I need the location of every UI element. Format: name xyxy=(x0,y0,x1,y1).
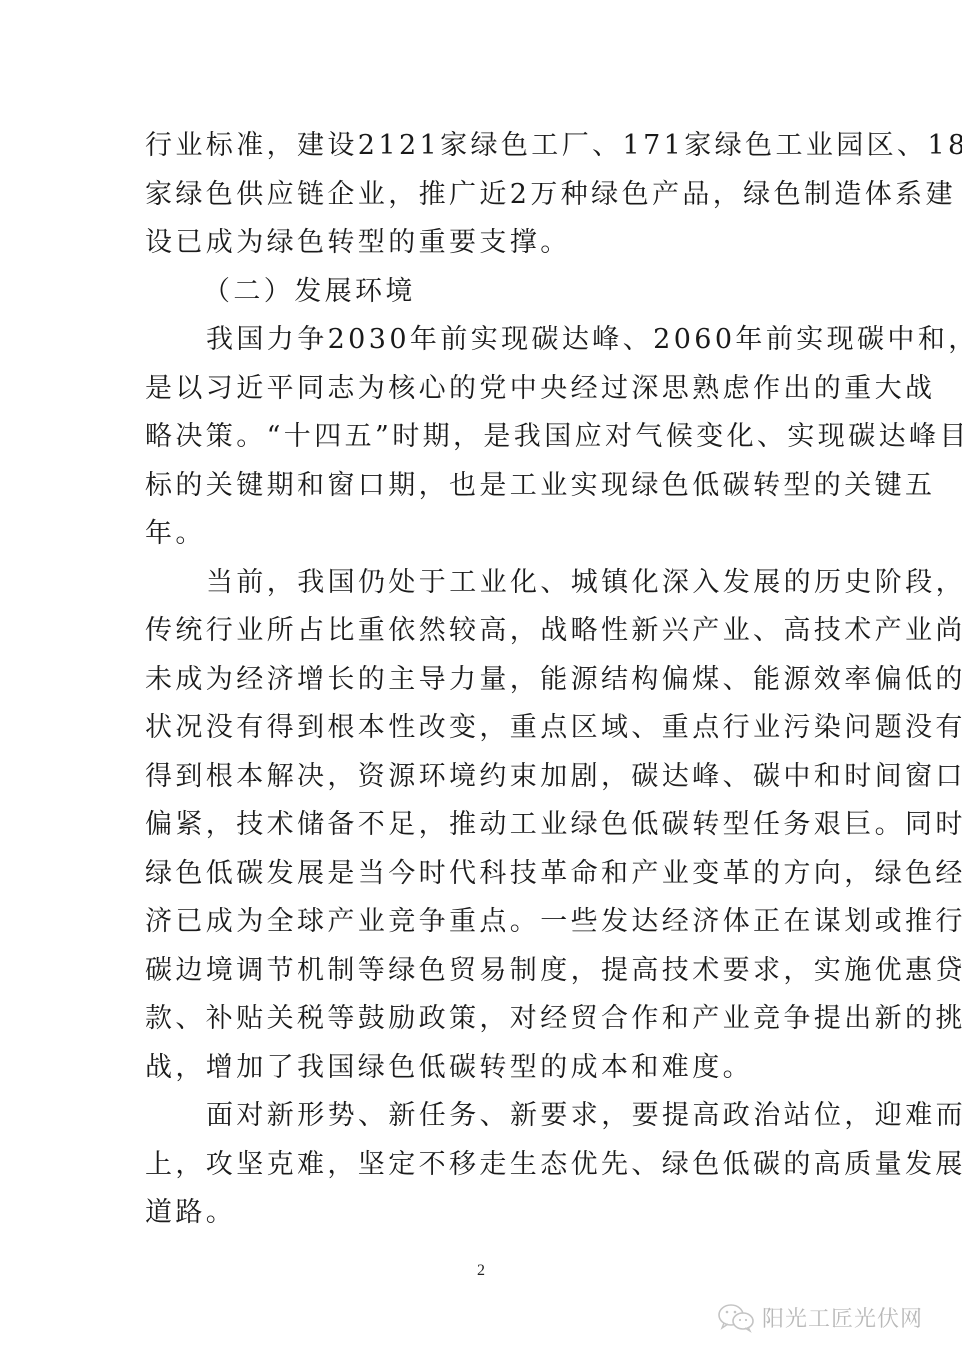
text-line: 碳边境调节机制等绿色贸易制度，提高技术要求，实施优惠贷 xyxy=(145,947,821,996)
page-number: 2 xyxy=(477,1262,485,1280)
text-line: 未成为经济增长的主导力量，能源结构偏煤、能源效率偏低的 xyxy=(145,656,821,705)
text-line: 标的关键期和窗口期，也是工业实现绿色低碳转型的关键五 xyxy=(145,462,821,511)
text-line: 当前，我国仍处于工业化、城镇化深入发展的历史阶段， xyxy=(145,559,821,608)
paragraph: 我国力争2030年前实现碳达峰、2060年前实现碳中和， 是以习近平同志为核心的… xyxy=(145,316,821,559)
text-line: 面对新形势、新任务、新要求，要提高政治站位，迎难而 xyxy=(145,1092,821,1141)
text-line: 行业标准，建设2121家绿色工厂、171家绿色工业园区、189 xyxy=(145,122,821,171)
paragraph-continuation: 行业标准，建设2121家绿色工厂、171家绿色工业园区、189 家绿色供应链企业… xyxy=(145,122,821,268)
document-page: 行业标准，建设2121家绿色工厂、171家绿色工业园区、189 家绿色供应链企业… xyxy=(145,122,821,1238)
watermark-text: 阳光工匠光伏网 xyxy=(762,1302,923,1333)
text-line: 济已成为全球产业竞争重点。一些发达经济体正在谋划或推行 xyxy=(145,898,821,947)
text-line: 款、补贴关税等鼓励政策，对经贸合作和产业竞争提出新的挑 xyxy=(145,995,821,1044)
text-line: 战，增加了我国绿色低碳转型的成本和难度。 xyxy=(145,1044,821,1093)
text-line: 是以习近平同志为核心的党中央经过深思熟虑作出的重大战 xyxy=(145,365,821,414)
paragraph: 当前，我国仍处于工业化、城镇化深入发展的历史阶段， 传统行业所占比重依然较高，战… xyxy=(145,559,821,1093)
text-line: 设已成为绿色转型的重要支撑。 xyxy=(145,219,821,268)
text-line: 年。 xyxy=(145,510,821,559)
text-line: 传统行业所占比重依然较高，战略性新兴产业、高技术产业尚 xyxy=(145,607,821,656)
text-line: 我国力争2030年前实现碳达峰、2060年前实现碳中和， xyxy=(145,316,821,365)
text-line: 略决策。“十四五”时期，是我国应对气候变化、实现碳达峰目 xyxy=(145,413,821,462)
text-line: 状况没有得到根本性改变，重点区域、重点行业污染问题没有 xyxy=(145,704,821,753)
text-line: 上，攻坚克难，坚定不移走生态优先、绿色低碳的高质量发展 xyxy=(145,1141,821,1190)
watermark: 阳光工匠光伏网 xyxy=(716,1302,923,1333)
wechat-icon xyxy=(716,1303,756,1333)
heading-line: （二）发展环境 xyxy=(145,268,821,317)
section-heading: （二）发展环境 xyxy=(145,268,821,317)
text-line: 得到根本解决，资源环境约束加剧，碳达峰、碳中和时间窗口 xyxy=(145,753,821,802)
text-line: 偏紧，技术储备不足，推动工业绿色低碳转型任务艰巨。同时， xyxy=(145,801,821,850)
text-line: 家绿色供应链企业，推广近2万种绿色产品，绿色制造体系建 xyxy=(145,171,821,220)
text-line: 道路。 xyxy=(145,1189,821,1238)
paragraph: 面对新形势、新任务、新要求，要提高政治站位，迎难而 上，攻坚克难，坚定不移走生态… xyxy=(145,1092,821,1238)
text-line: 绿色低碳发展是当今时代科技革命和产业变革的方向，绿色经 xyxy=(145,850,821,899)
